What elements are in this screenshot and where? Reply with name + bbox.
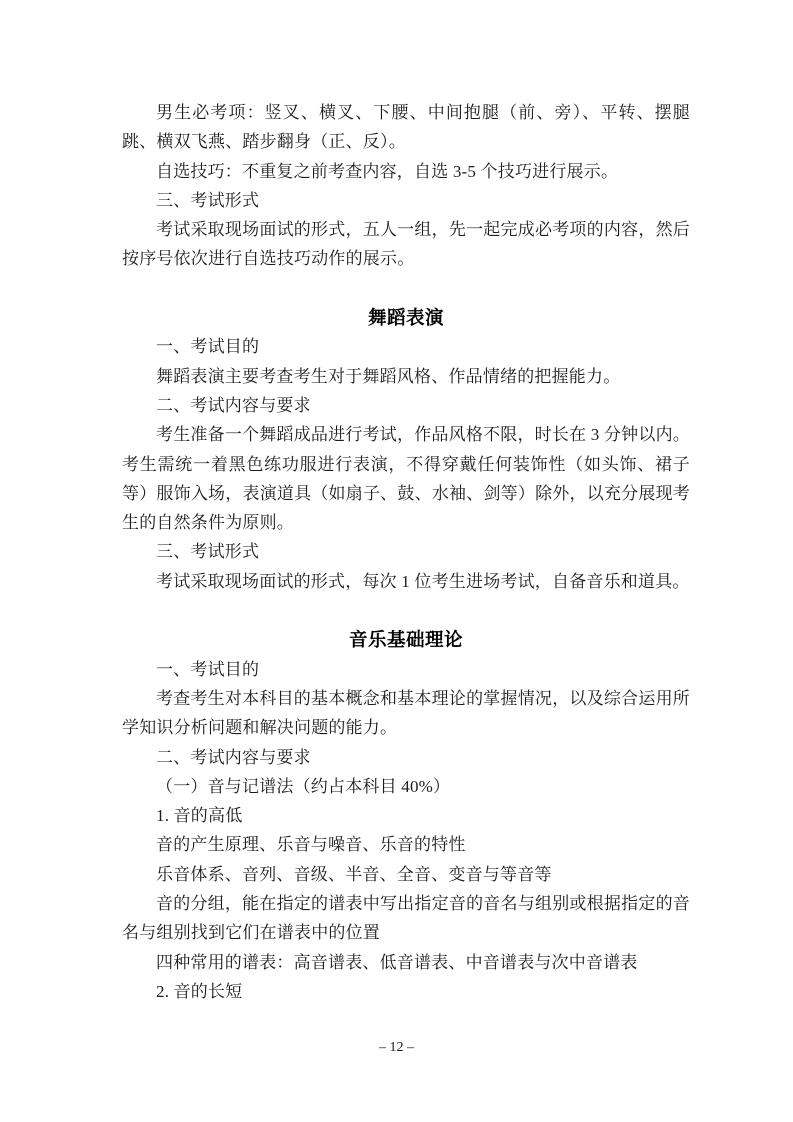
paragraph: 三、考试形式 xyxy=(122,537,690,566)
document-body: 男生必考项：竖叉、横叉、下腰、中间抱腿（前、旁）、平转、摆腿跳、横双飞燕、踏步翻… xyxy=(122,98,690,1006)
paragraph: 一、考试目的 xyxy=(122,655,690,684)
paragraph: 乐音体系、音列、音级、半音、全音、变音与等音等 xyxy=(122,860,690,889)
paragraph: 三、考试形式 xyxy=(122,186,690,215)
section-heading: 音乐基础理论 xyxy=(122,625,690,654)
paragraph: 音的分组，能在指定的谱表中写出指定音的音名与组别或根据指定的音名与组别找到它们在… xyxy=(122,889,690,948)
paragraph: 考试采取现场面试的形式，五人一组，先一起完成必考项的内容，然后按序号依次进行自选… xyxy=(122,215,690,274)
paragraph: 舞蹈表演主要考查考生对于舞蹈风格、作品情绪的把握能力。 xyxy=(122,362,690,391)
document-page: { "page": { "number_label": "– 12 –" }, … xyxy=(0,0,793,1122)
paragraph: 音的产生原理、乐音与噪音、乐音的特性 xyxy=(122,830,690,859)
section-heading: 舞蹈表演 xyxy=(122,303,690,332)
blank-line xyxy=(122,274,690,303)
paragraph: 二、考试内容与要求 xyxy=(122,391,690,420)
page-number: – 12 – xyxy=(0,1037,793,1059)
paragraph: 考生准备一个舞蹈成品进行考试，作品风格不限，时长在 3 分钟以内。考生需统一着黑… xyxy=(122,420,690,537)
paragraph: 一、考试目的 xyxy=(122,332,690,361)
paragraph: 自选技巧：不重复之前考查内容，自选 3-5 个技巧进行展示。 xyxy=(122,157,690,186)
paragraph: 男生必考项：竖叉、横叉、下腰、中间抱腿（前、旁）、平转、摆腿跳、横双飞燕、踏步翻… xyxy=(122,98,690,157)
blank-line xyxy=(122,596,690,625)
paragraph: 二、考试内容与要求 xyxy=(122,743,690,772)
paragraph: 2. 音的长短 xyxy=(122,977,690,1006)
paragraph: 考查考生对本科目的基本概念和基本理论的掌握情况，以及综合运用所学知识分析问题和解… xyxy=(122,684,690,743)
paragraph: 1. 音的高低 xyxy=(122,801,690,830)
paragraph: 考试采取现场面试的形式，每次 1 位考生进场考试，自备音乐和道具。 xyxy=(122,567,690,596)
paragraph: 四种常用的谱表：高音谱表、低音谱表、中音谱表与次中音谱表 xyxy=(122,948,690,977)
paragraph: （一）音与记谱法（约占本科目 40%） xyxy=(122,772,690,801)
